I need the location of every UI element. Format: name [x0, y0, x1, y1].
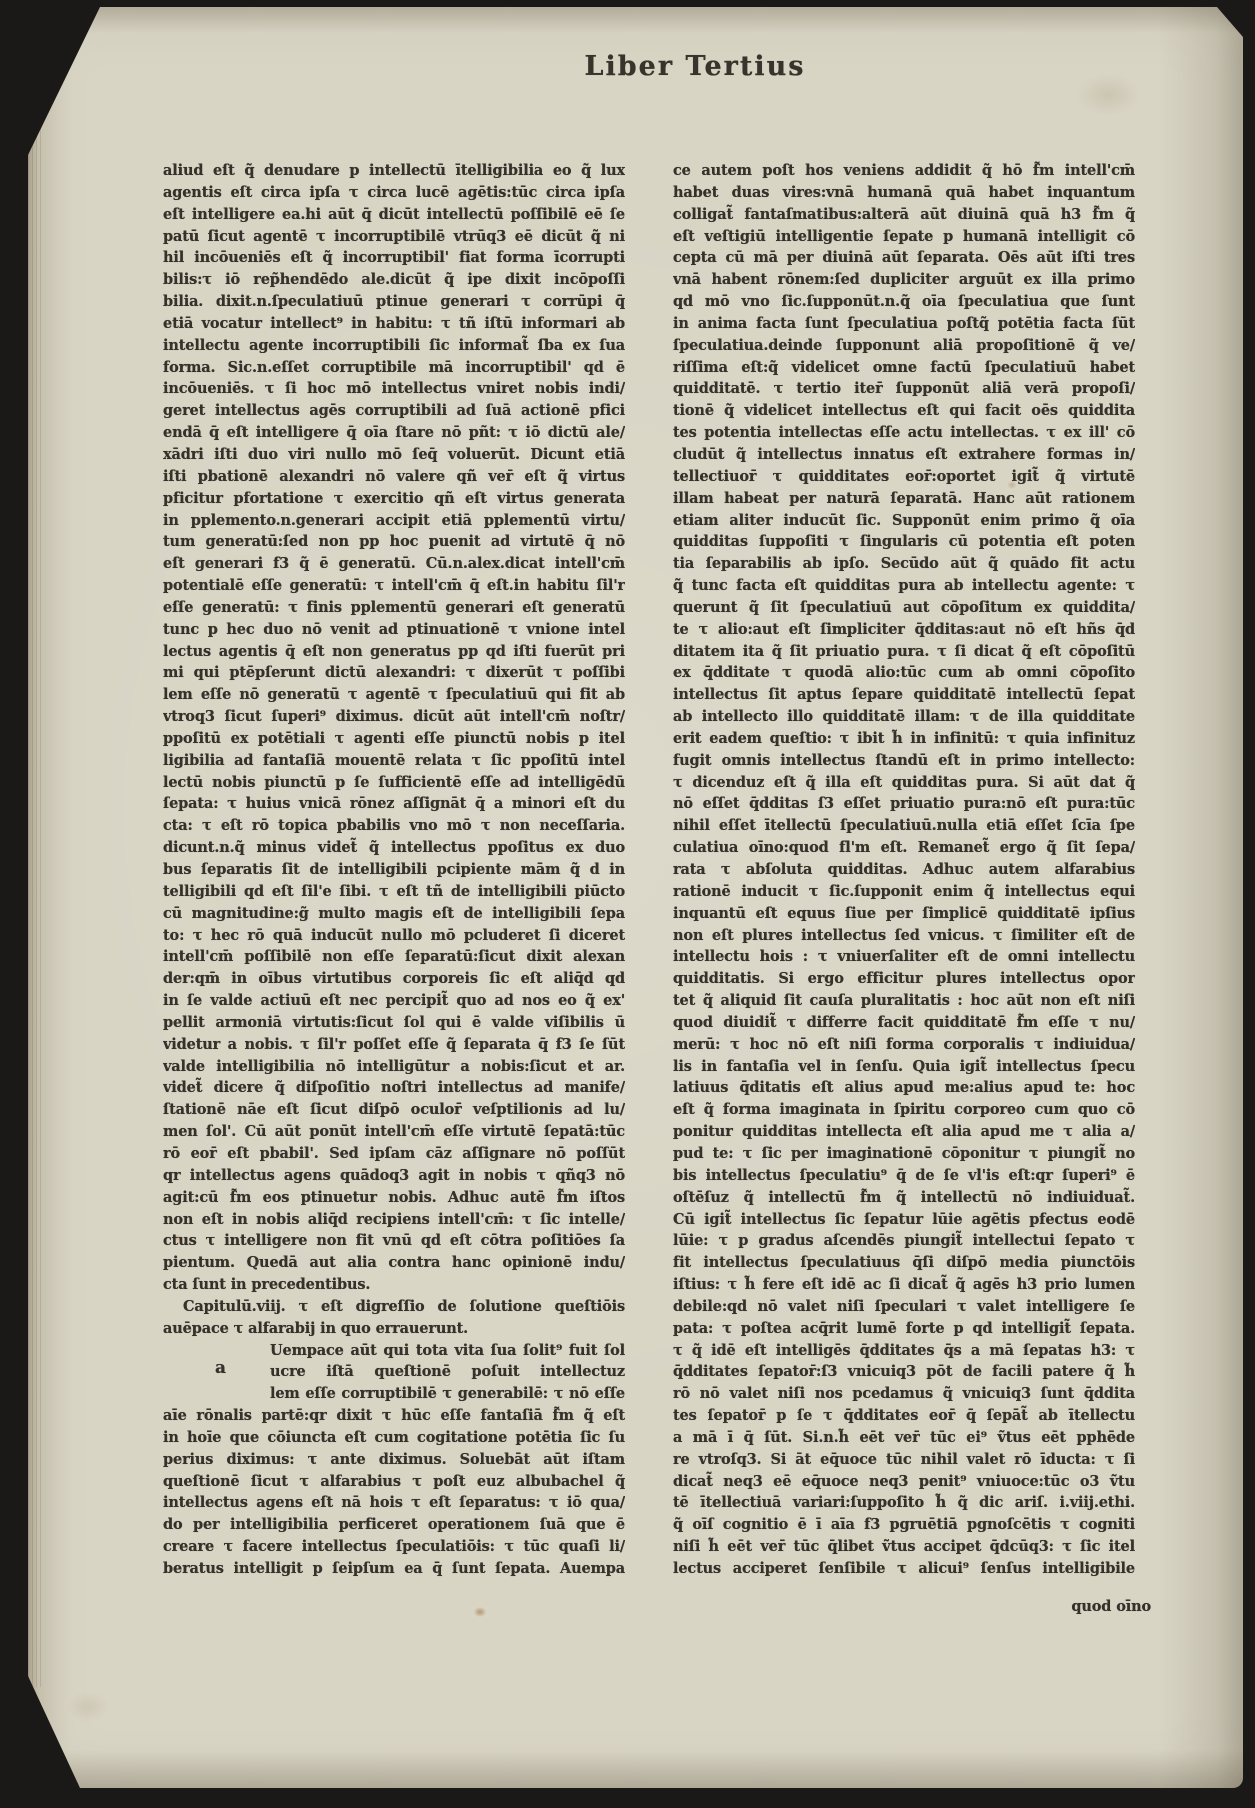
text-line: tellectiuor̄ τ quidditates eor̄:oportet …: [673, 466, 1135, 488]
book-page-photo: Liber Tertius aliud eſt q̃ denudare p in…: [0, 0, 1255, 1808]
text-line: lectus acciperet ſenſibile τ alicui⁹ ſen…: [673, 1558, 1135, 1580]
text-line: quod diuidit̃ τ differre facit quidditat…: [673, 1012, 1135, 1034]
text-line: ditatem ita q̃ ſit priuatio pura. τ ſi d…: [673, 641, 1135, 663]
text-line: endā q̄ eſt intelligere q̄ oīa ſtare nō …: [163, 422, 625, 444]
text-line: aīe rōnalis partē:qr dixit τ hūc eſſe fa…: [163, 1405, 625, 1427]
text-line: riſſima eſt:q̃ videlicet omne factū ſpec…: [673, 357, 1135, 379]
text-line: tet q̃ aliquid ſit cauſa pluralitatis : …: [673, 990, 1135, 1012]
text-line: non eſt in nobis aliq̄d recipiens intell…: [163, 1209, 625, 1231]
text-line: a mā ī q̄ ſūt. Si.n.h̃ eēt ver̄ tūc ei⁹ …: [673, 1427, 1135, 1449]
text-line: telligibili qd eſt ſil'e ſibi. τ eſt tñ …: [163, 881, 625, 903]
text-line: q̄dditates ſepator̄:ſ3 vnicuiq3 pōt de f…: [673, 1361, 1135, 1383]
text-line: videt̃ dicere q̃ diſpoſitio noſtri intel…: [163, 1077, 625, 1099]
text-line: vtroq3 ſicut ſuperi⁹ diximus. dicūt aūt …: [163, 706, 625, 728]
text-line: tes potentia intellectas eſſe actu intel…: [673, 422, 1135, 444]
text-line: Capitulū.viij. τ eſt digreſſio de ſoluti…: [163, 1296, 625, 1318]
text-line: illam habeat per naturā ſeparatā. Hanc a…: [673, 488, 1135, 510]
text-line: ſpeculatiua.deinde ſupponunt aliā propoſ…: [673, 335, 1135, 357]
text-line: do per intelligibilia perficeret operati…: [163, 1514, 625, 1536]
text-line: aliud eſt q̃ denudare p intellectū ītell…: [163, 160, 625, 182]
text-line: tum generatū:ſed non pp hoc puenit ad vi…: [163, 531, 625, 553]
text-line: dicat̃ neq3 eē eq̄uoce neq3 penit⁹ vniuo…: [673, 1471, 1135, 1493]
text-line: rō eor̄ eſt pbabil'. Sed ipſam cāz aſſig…: [163, 1143, 625, 1165]
text-line: Cū igit̃ intellectus ſic ſepatur lūie ag…: [673, 1209, 1135, 1231]
text-line: forma. Sic.n.eſſet corruptibile mā incor…: [163, 357, 625, 379]
text-line: auēpace τ alfarabij in quo errauerunt.: [163, 1318, 625, 1340]
text-line: ucre iſtā queſtionē poſuit intellectuz m…: [163, 1361, 625, 1383]
text-column-left: aliud eſt q̃ denudare p intellectū ītell…: [163, 160, 625, 1580]
text-line: bilia. dixit.n.ſpeculatiuū ptinue genera…: [163, 291, 625, 313]
text-line: valde intelligibilia nō intelligūtur a n…: [163, 1056, 625, 1078]
text-line: debile:qd nō valet niſi ſpeculari τ vale…: [673, 1296, 1135, 1318]
text-line: iſti pbationē alexandri nō valere qñ ver…: [163, 466, 625, 488]
text-line: pficitur pfortatione τ exercitio qñ eſt …: [163, 488, 625, 510]
initial-guide-letter: a: [215, 1358, 226, 1380]
text-line: in anima facta ſunt ſpeculatiua poſtq̃ p…: [673, 313, 1135, 335]
text-line: lem eſſe nō generatū τ agentē τ ſpeculat…: [163, 684, 625, 706]
text-line: hil incōueniēs eſt q̃ incorruptibil' fia…: [163, 247, 625, 269]
text-line: bis intellectus ſpeculatiu⁹ q̄ de ſe vl'…: [673, 1165, 1135, 1187]
text-line: culatiua oīno:quod fl'm eſt. Remanet̃ er…: [673, 837, 1135, 859]
text-line: lem eſſe corruptibilē τ generabilē: τ nō…: [163, 1383, 625, 1405]
text-line: cepta cū mā per diuinā aūt ſeparata. Oēs…: [673, 247, 1135, 269]
text-line: incōueniēs. τ ſi hoc mō intellectus vnir…: [163, 378, 625, 400]
text-line: latiuus q̄ditatis eſt alius apud me:aliu…: [673, 1077, 1135, 1099]
text-line: etiā vocatur intellect⁹ in habitu: τ tñ …: [163, 313, 625, 335]
text-line: perius diximus: τ ante diximus. Soluebāt…: [163, 1449, 625, 1471]
text-line: agit:cū f̃m eos ptinuetur nobis. Adhuc a…: [163, 1187, 625, 1209]
text-line: tē ītellectiuā variari:ſuppoſito h̃ q̃ d…: [673, 1492, 1135, 1514]
text-line: qr intellectus agens quādoq3 agit in nob…: [163, 1165, 625, 1187]
text-line: rationē inducit τ ſic.ſupponit enim q̃ i…: [673, 881, 1135, 903]
text-line: ligibilia ad fantaſiā mouentē relata τ ſ…: [163, 750, 625, 772]
text-line: q̃ oīſ cognitio ē ī aīa f3 pgruētiā pgno…: [673, 1514, 1135, 1536]
text-line: men ſol'. Cū aūt ponūt intell'cm̄ eſſe v…: [163, 1121, 625, 1143]
text-line: quidditatis. Si ergo efficitur plures in…: [673, 968, 1135, 990]
text-line: erit eadem queſtio: τ ibit h̃ in infinit…: [673, 728, 1135, 750]
text-line: tionē q̃ videlicet intellectus eſt qui f…: [673, 400, 1135, 422]
text-line: queſtionē ſicut τ alfarabius τ poſt euz …: [163, 1471, 625, 1493]
text-line: lectus agentis q̄ eſt non generatus pp q…: [163, 641, 625, 663]
text-line: oſtēſuz q̃ intellectū f̃m q̃ intellectū …: [673, 1187, 1135, 1209]
text-line: te τ alio:aut eſt ſimpliciter q̄dditas:a…: [673, 619, 1135, 641]
text-line: eſt q̃ forma imaginata in ſpiritu corpor…: [673, 1099, 1135, 1121]
text-line: re vtroſq3. Si āt eq̄uoce tūc nihil vale…: [673, 1449, 1135, 1471]
text-line: pata: τ poſtea acq̄rit lumē forte p qd i…: [673, 1318, 1135, 1340]
text-line: eſſe generatū: τ finis pplementū generar…: [163, 597, 625, 619]
text-line: merū: τ hoc nō eſt niſi forma corporalis…: [673, 1034, 1135, 1056]
page-stack-edge: [28, 127, 42, 1687]
text-line: tunc p hec duo nō venit ad ptinuationē τ…: [163, 619, 625, 641]
text-line: cta ſunt in precedentibus.: [163, 1274, 625, 1296]
text-line: etiam aliter inducūt ſic. Supponūt enim …: [673, 510, 1135, 532]
text-column-right: ce autem poſt hos veniens addidit q̃ hō …: [673, 160, 1135, 1580]
text-line: in pplemento.n.generari accipit etiā ppl…: [163, 510, 625, 532]
text-line: cludūt q̃ intellectus innatus eſt extrah…: [673, 444, 1135, 466]
text-line: in ſe valde actiuū eſt nec percipit̃ quo…: [163, 990, 625, 1012]
text-line: eſt generari f3 q̃ ē generatū. Cū.n.alex…: [163, 553, 625, 575]
text-line: lectū nobis piunctū p ſe ſufficientē eſſ…: [163, 772, 625, 794]
text-line: eſt veſtigiū intelligentie ſepate p huma…: [673, 226, 1135, 248]
text-line: tes ſepator̄ p ſe τ q̄dditates eor̄ q̄ ſ…: [673, 1405, 1135, 1427]
text-line: ab intellecto illo quidditatē illam: τ d…: [673, 706, 1135, 728]
text-line: fit intellectus ſpeculatiuus q̄ſi diſpō …: [673, 1252, 1135, 1274]
text-line: cū magnitudine:g̃ multo magis eſt de int…: [163, 903, 625, 925]
text-line: non eſt plures intellectus ſed vnicus. τ…: [673, 925, 1135, 947]
text-line: beratus intelligit p ſeipſum ea q̄ ſunt …: [163, 1558, 625, 1580]
text-line: patū ſicut agentē τ incorruptibilē vtrūq…: [163, 226, 625, 248]
text-line: cta: τ eſt rō topica pbabilis vno mō τ n…: [163, 815, 625, 837]
text-line: ppoſitū ex potētiali τ agenti eſſe piunc…: [163, 728, 625, 750]
text-line: pientum. Quedā aut alia contra hanc opin…: [163, 1252, 625, 1274]
text-line: lis in fantaſia vel in ſenſu. Quia igit̃…: [673, 1056, 1135, 1078]
text-line: quidditatē. τ tertio iter̄ ſupponūt aliā…: [673, 378, 1135, 400]
text-line: τ dicenduz eſt q̃ illa eſt quidditas pur…: [673, 772, 1135, 794]
text-line: habet duas vires:vnā humanā quā habet in…: [673, 182, 1135, 204]
text-line: nō eſſet q̄dditas ſ3 eſſet priuatio pura…: [673, 793, 1135, 815]
text-line: intell'cm̄ poſſibilē non eſſe ſeparatū:ſ…: [163, 946, 625, 968]
text-line: to: τ hec rō quā inducūt nullo mō pclude…: [163, 925, 625, 947]
text-line: ex q̄dditate τ quodā alio:tūc cum ab omn…: [673, 662, 1135, 684]
text-line: inquantū eſt equus ſiue per ſimplicē qui…: [673, 903, 1135, 925]
text-line: ſtationē nāe eſt ſicut diſpō oculor̄ veſ…: [163, 1099, 625, 1121]
torn-corner-top-right: [1217, 7, 1243, 37]
text-line: videtur a nobis. τ ſil'r poſſet eſſe q̃ …: [163, 1034, 625, 1056]
page-paper: Liber Tertius aliud eſt q̃ denudare p in…: [28, 7, 1243, 1788]
text-line: tia ſeparabilis ab ipſo. Secūdo aūt q̃ q…: [673, 553, 1135, 575]
text-line: dicunt.n.q̃ minus videt̃ q̃ intellectus …: [163, 837, 625, 859]
text-line: intellectus agens eſt nā hois τ eſt ſepa…: [163, 1492, 625, 1514]
text-line: intellectu hois : τ vniuerſaliter eſt de…: [673, 946, 1135, 968]
text-line: geret intellectus agēs corruptibili ad ſ…: [163, 400, 625, 422]
text-line: rata τ abſoluta quidditas. Adhuc autem a…: [673, 859, 1135, 881]
text-line: bus ſeparatis ſit de intelligibili pcipi…: [163, 859, 625, 881]
text-line: xādri iſti duo viri nullo mō ſeq̄ voluer…: [163, 444, 625, 466]
text-line: vnā habent rōnem:ſed dupliciter arguūt e…: [673, 269, 1135, 291]
catchword: quod oīno: [1071, 1596, 1151, 1618]
text-line: q̃ tunc facta eſt quidditas pura ab inte…: [673, 575, 1135, 597]
text-line: pellit armoniā virtutis:ſicut ſol qui ē …: [163, 1012, 625, 1034]
text-line: iſtius: τ h̃ fere eſt idē ac ſi dicat̃ q…: [673, 1274, 1135, 1296]
text-line: querunt q̃ ſit ſpeculatiuū aut cōpoſitum…: [673, 597, 1135, 619]
text-line: τ q̃ idē eſt intelligēs q̄dditates q̄s a…: [673, 1340, 1135, 1362]
text-line: in hoīe que cōiuncta eſt cum cogitatione…: [163, 1427, 625, 1449]
torn-corner-bottom-left: [28, 1676, 80, 1788]
running-title: Liber Tertius: [163, 51, 1181, 82]
text-line: lūie: τ p gradus aſcendēs piungit̃ intel…: [673, 1230, 1135, 1252]
text-line: eſt intelligere ea.hi aūt q̄ dicūt intel…: [163, 204, 625, 226]
text-line: intellectu agente incorruptibili ſic inf…: [163, 335, 625, 357]
text-line: colligat̃ fantaſmatibus:alterā aūt diuin…: [673, 204, 1135, 226]
text-line: niſi h̃ eēt ver̄ tūc q̄libet ṽtus accipe…: [673, 1536, 1135, 1558]
text-line: mi qui ptēpſerunt dictū alexandri: τ dix…: [163, 662, 625, 684]
text-line: agentis eſt circa ipſa τ circa lucē agēt…: [163, 182, 625, 204]
text-line: bilis:τ iō rep̃hendēdo ale.dicūt q̃ ipe …: [163, 269, 625, 291]
text-block: aliud eſt q̃ denudare p intellectū ītell…: [163, 160, 1135, 1580]
text-line: ce autem poſt hos veniens addidit q̃ hō …: [673, 160, 1135, 182]
torn-corner-top-left: [28, 7, 100, 155]
text-line: ctus τ intelligere non fit vnū qd eſt cō…: [163, 1230, 625, 1252]
text-line: potentialē eſſe generatū: τ intell'cm̄ q…: [163, 575, 625, 597]
text-line: pud te: τ ſic per imaginationē cōponitur…: [673, 1143, 1135, 1165]
text-line: ſepata: τ huius vnicā rōnez aſſignāt q̄ …: [163, 793, 625, 815]
text-line: qd mō vno ſic.ſupponūt.n.q̃ oīa ſpeculat…: [673, 291, 1135, 313]
text-line: intellectus ſit aptus ſepare quidditatē …: [673, 684, 1135, 706]
text-line: Uempace aūt qui tota vita ſua ſolit⁹ fui…: [163, 1340, 625, 1362]
text-line: nihil eſſet ītellectū ſpeculatiuū.nulla …: [673, 815, 1135, 837]
text-line: rō nō valet niſi nos pcedamus q̃ vnicuiq…: [673, 1383, 1135, 1405]
text-line: fugit omnis intellectus ſtandū eſt in pr…: [673, 750, 1135, 772]
text-line: der:qm̄ in oībus virtutibus corporeis ſi…: [163, 968, 625, 990]
text-line: quidditas ſuppoſiti τ ſingularis cū pote…: [673, 531, 1135, 553]
text-line: creare τ facere intellectus ſpeculatiōis…: [163, 1536, 625, 1558]
text-line: ponitur quidditas intellecta eſt alia ap…: [673, 1121, 1135, 1143]
